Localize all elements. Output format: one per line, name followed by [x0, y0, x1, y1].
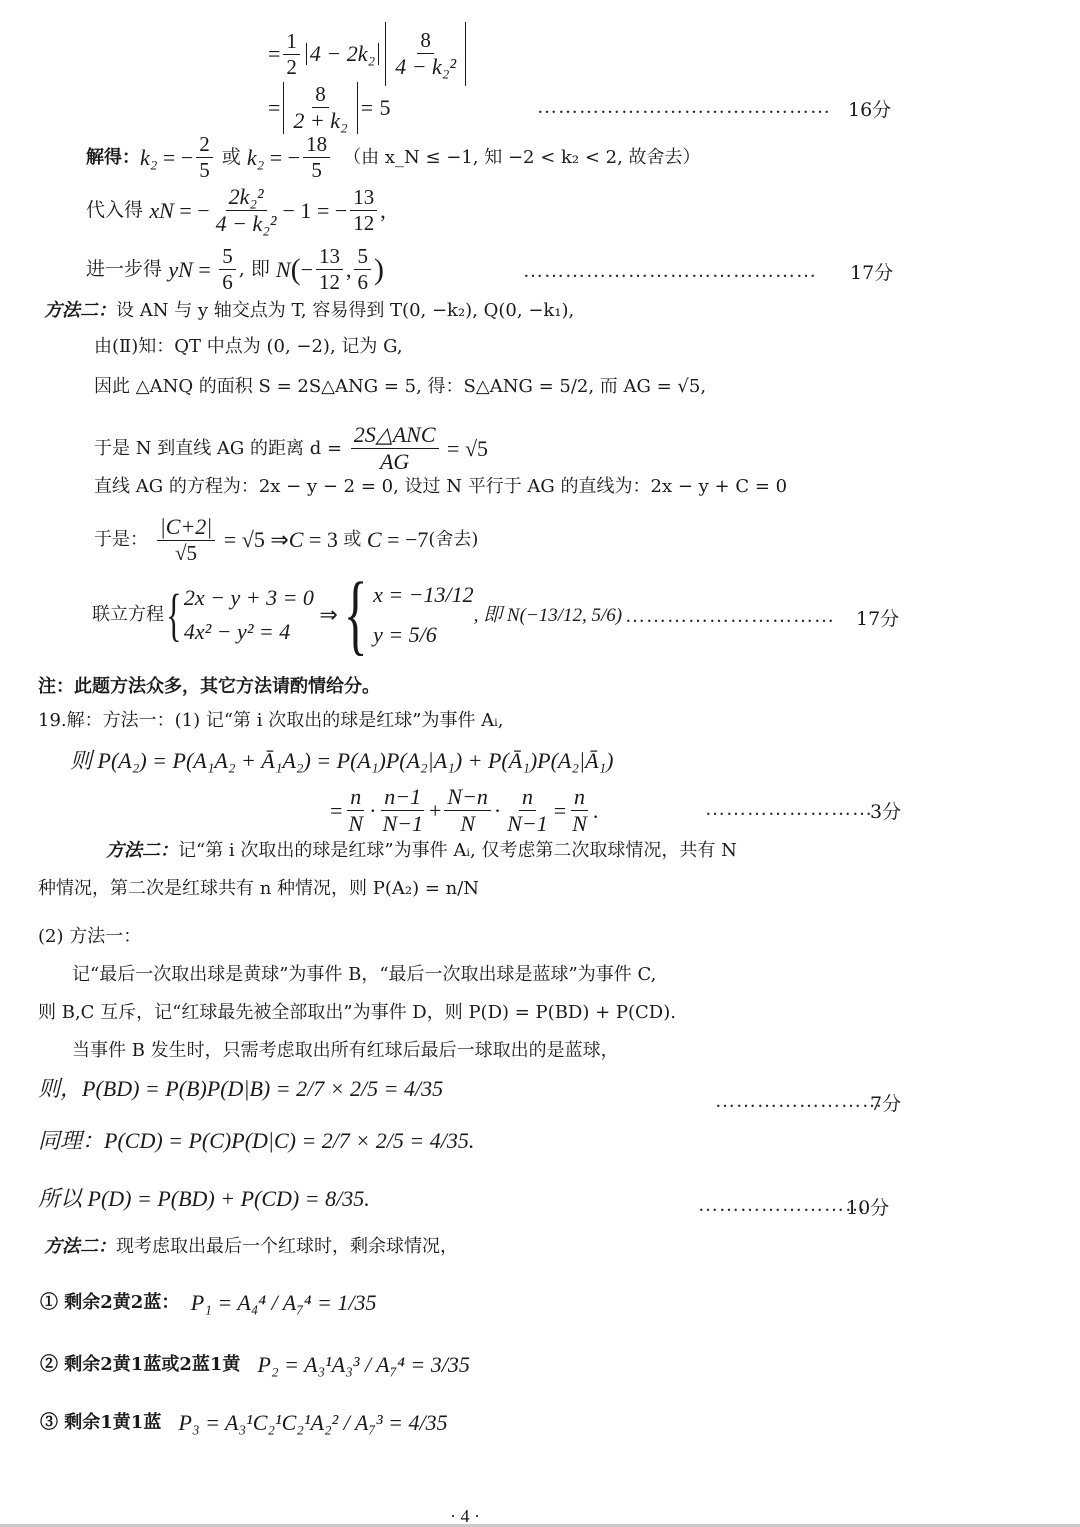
- denominator: N: [569, 811, 590, 835]
- sqrt5: √5: [465, 438, 488, 460]
- method-two-text: 设 AN 与 y 轴交点为 T, 容易得到 T(0, −k₂), Q(0, −k…: [116, 302, 574, 320]
- numerator: 1: [283, 31, 300, 55]
- total-prob-line: 则 P(A₂) = P(A₁A₂ + Ā₁A₂) = P(A₁)P(A₂|A₁)…: [70, 750, 613, 772]
- part2-heading: (2) 方法一：: [38, 928, 141, 946]
- denominator: √5: [172, 541, 200, 564]
- PCD-formula: 同理：P(CD) = P(C)P(D|C) = 2/7 × 2/5 = 4/35…: [38, 1130, 474, 1152]
- event-D-text: 则 B,C 互斥，记“红球最先被全部取出”为事件 D，则 P(D) = P(BD…: [38, 1004, 676, 1022]
- system-result: , 即 N(−13/12, 5/6): [474, 606, 622, 625]
- total-probability-formula: 则 P(A₂) = P(A₁A₂ + Ā₁A₂) = P(A₁)P(A₂|A₁)…: [70, 750, 613, 772]
- method-label: 方法二：: [44, 302, 116, 320]
- midpoint-line: 由(Ⅱ)知：QT 中点为 (0, −2), 记为 G,: [94, 338, 403, 356]
- numerator: N−n: [444, 786, 491, 811]
- PBD-formula: 则，P(BD) = P(B)P(D|B) = 2/7 × 2/5 = 4/35: [38, 1078, 443, 1100]
- score-17: 17分: [856, 604, 899, 631]
- denominator: AG: [377, 449, 412, 473]
- denominator: N: [345, 811, 366, 835]
- fraction-2k2sq-over-4-minus-k2sq: 2k₂²4 − k₂²: [213, 186, 280, 235]
- score-10: 10分: [846, 1193, 889, 1220]
- q19-text: 19.解：方法一：(1) 记“第 i 次取出的球是红球”为事件 Aᵢ,: [38, 712, 504, 730]
- case-2-line: ② 剩余2黄1蓝或2蓝1黄 P₂ = A₃¹A₃³ / A₇⁴ = 3/35: [40, 1354, 470, 1376]
- score-leader-dots: ……………………………………: [523, 260, 817, 283]
- case-3-label: ③ 剩余1黄1蓝: [40, 1414, 161, 1432]
- PCD-line: 同理：P(CD) = P(C)P(D|C) = 2/7 × 2/5 = 4/35…: [38, 1130, 474, 1152]
- further-label: 进一步得: [86, 260, 162, 279]
- solve-label: 解得：: [86, 149, 140, 167]
- denominator: N: [457, 811, 478, 835]
- score-leader-dots: ……………………………………: [537, 96, 831, 119]
- fraction-13-12: 1312: [350, 187, 377, 234]
- denominator: 6: [354, 270, 371, 293]
- fraction-2S-over-AG: 2S△ANCAG: [351, 424, 439, 473]
- event-B-occurs-line: 当事件 B 发生时，只需考虑取出所有红球后最后一球取出的是蓝球，: [72, 1042, 619, 1060]
- equals-sign: =: [268, 43, 280, 65]
- part2-label: (2) 方法一：: [38, 928, 141, 946]
- denominator: 5: [196, 158, 213, 181]
- fraction-13-12: 1312: [316, 246, 343, 293]
- fraction-absC2-over-sqrt5: |C+2|√5: [157, 516, 216, 564]
- distance-line: 于是 N 到直线 AG 的距离 d = 2S△ANCAG = √5: [94, 424, 488, 473]
- event-D-line: 则 B,C 互斥，记“红球最先被全部取出”为事件 D，则 P(D) = P(BD…: [38, 1004, 676, 1022]
- denominator: 4 − k₂²: [213, 211, 280, 235]
- abs-fraction: 82 + k₂: [283, 82, 357, 134]
- fraction-n-N: nN: [345, 786, 366, 835]
- method-label: 方法二：: [44, 1238, 116, 1256]
- solution-y: y = 5/6: [373, 624, 474, 646]
- method-two-intro: 方法二： 设 AN 与 y 轴交点为 T, 容易得到 T(0, −k₂), Q(…: [44, 302, 574, 320]
- method-two-text: 现考虑取出最后一个红球时，剩余球情况，: [116, 1238, 458, 1256]
- denominator: 4 − k₂²: [392, 54, 459, 78]
- system-a: 2x − y + 3 = 0 4x² − y² = 4: [184, 587, 314, 643]
- line-AG-equation: 直线 AG 的方程为：2x − y − 2 = 0, 设过 N 平行于 AG 的…: [94, 478, 787, 496]
- midpoint-text: 由(Ⅱ)知：QT 中点为 (0, −2), 记为 G,: [94, 338, 403, 356]
- line-AG-text: 直线 AG 的方程为：2x − y − 2 = 0, 设过 N 平行于 AG 的…: [94, 478, 787, 496]
- denominator: 5: [308, 158, 325, 181]
- dot: ·: [494, 800, 501, 822]
- var-k2: k₂: [247, 147, 264, 169]
- substitute-label: 代入得: [86, 201, 143, 220]
- score-leader-dots: …………………………: [625, 605, 835, 628]
- area-line: 因此 △ANQ 的面积 S = 2S△ANG = 5, 得：S△ANG = 5/…: [94, 378, 706, 396]
- method-two-continued: 种情况，第二次是红球共有 n 种情况，则 P(A₂) = n/N: [38, 880, 479, 898]
- fraction-8-over-4-minus-k2sq: 84 − k₂²: [392, 30, 459, 78]
- PBD-line: 则，P(BD) = P(B)P(D|B) = 2/7 × 2/5 = 4/35: [38, 1078, 443, 1100]
- value: 5: [379, 97, 390, 119]
- equals-sign: =: [268, 97, 280, 119]
- denominator: 12: [316, 270, 343, 293]
- numerator: 2: [196, 134, 213, 158]
- numerator: 13: [350, 187, 377, 211]
- fraction-5-6: 56: [354, 246, 371, 293]
- numerator: 2k₂²: [226, 186, 267, 211]
- fraction-18-5: 185: [303, 134, 330, 181]
- numerator: |C+2|: [157, 516, 216, 541]
- solution-k2-line: 解得： k₂ = − 25 或 k₂ = − 185 （由 x_N ≤ −1, …: [86, 134, 701, 181]
- area-text: 因此 △ANQ 的面积 S = 2S△ANG = 5, 得：S△ANG = 5/…: [94, 378, 706, 396]
- events-BC-line: 记“最后一次取出球是黄球”为事件 B，“最后一次取出球是蓝球”为事件 C,: [72, 966, 656, 984]
- solution-x: x = −13/12: [373, 584, 474, 606]
- fraction-8-over-2-plus-k2: 82 + k₂: [290, 84, 350, 132]
- equation-line-1: = 12 4 − 2k₂ 84 − k₂²: [268, 22, 469, 86]
- system-b: x = −13/12 y = 5/6: [373, 584, 474, 646]
- score-7: 7分: [870, 1089, 901, 1116]
- case-2-label: ② 剩余2黄1蓝或2蓝1黄: [40, 1356, 240, 1374]
- fraction-n-N: nN: [569, 786, 590, 835]
- numerator: n−1: [381, 786, 424, 811]
- PD-formula: 所以 P(D) = P(BD) + P(CD) = 8/35.: [38, 1188, 370, 1210]
- abs-fraction: 84 − k₂²: [385, 22, 466, 86]
- minus-one: − 1: [283, 200, 312, 222]
- fraction-Nmn-N: N−nN: [444, 786, 491, 835]
- equation-line-2: = 82 + k₂ = 5: [268, 82, 390, 134]
- q19-method-two-cont: 种情况，第二次是红球共有 n 种情况，则 P(A₂) = n/N: [38, 880, 479, 898]
- numerator: 13: [316, 246, 343, 270]
- denominator: N−1: [504, 811, 551, 835]
- part2-method-two: 方法二： 现考虑取出最后一个红球时，剩余球情况，: [44, 1238, 458, 1256]
- denominator: N−1: [379, 811, 426, 835]
- fraction-nm1-Nm1: n−1N−1: [379, 786, 426, 835]
- note-text: 注：此题方法众多，其它方法请酌情给分。: [38, 678, 380, 696]
- equals-sign: =: [361, 97, 373, 119]
- case-2-formula: P₂ = A₃¹A₃³ / A₇⁴ = 3/35: [258, 1354, 470, 1376]
- equation-1: 2x − y + 3 = 0: [184, 587, 314, 609]
- numerator: 8: [417, 30, 434, 54]
- solve-C-line: 于是： |C+2|√5 = √5 ⇒ C = 3 或 C = −7(舍去): [94, 516, 478, 564]
- yN-line: 进一步得 yN = 56 , 即 N(− 1312, 56): [86, 246, 384, 293]
- discard-note: （由 x_N ≤ −1, 知 −2 < k₂ < 2, 故舍去）: [343, 149, 700, 167]
- score-leader-dots: ……………………: [705, 798, 873, 821]
- score-leader-dots: ……………………: [698, 1194, 866, 1217]
- dot: ·: [369, 800, 376, 822]
- var-y: y: [168, 259, 178, 281]
- PD-line: 所以 P(D) = P(BD) + P(CD) = 8/35.: [38, 1188, 370, 1210]
- numerator: 5: [219, 246, 236, 270]
- q19-intro: 19.解：方法一：(1) 记“第 i 次取出的球是红球”为事件 Aᵢ,: [38, 712, 504, 730]
- numerator: n: [347, 786, 364, 811]
- method-label: 方法二：: [106, 842, 178, 860]
- score-16: 16分: [848, 95, 891, 122]
- fraction-one-half: 12: [283, 31, 300, 78]
- denominator: 2 + k₂: [290, 108, 350, 132]
- case-1-label: ① 剩余2黄2蓝：: [40, 1294, 179, 1312]
- case-1-line: ① 剩余2黄2蓝： P₁ = A₄⁴ / A₇⁴ = 1/35: [40, 1292, 376, 1314]
- var-k2: k₂: [140, 147, 157, 169]
- system-line: 联立方程 { 2x − y + 3 = 0 4x² − y² = 4 ⇒ { x…: [92, 570, 622, 660]
- fraction-5-6: 56: [219, 246, 236, 293]
- event-B-text: 当事件 B 发生时，只需考虑取出所有红球后最后一球取出的是蓝球，: [72, 1042, 619, 1060]
- case-1-formula: P₁ = A₄⁴ / A₇⁴ = 1/35: [191, 1292, 377, 1314]
- var-x: x: [149, 200, 159, 222]
- case-3-line: ③ 剩余1黄1蓝 P₃ = A₃¹C₂¹C₂¹A₂² / A₇³ = 4/35: [40, 1412, 448, 1434]
- equation-2: 4x² − y² = 4: [184, 621, 314, 643]
- score-3: 3分: [870, 797, 901, 824]
- events-BC-text: 记“最后一次取出球是黄球”为事件 B，“最后一次取出球是蓝球”为事件 C,: [72, 966, 656, 984]
- denominator: 2: [283, 55, 300, 78]
- score-leader-dots: ……………………: [715, 1090, 883, 1113]
- left-brace: {: [344, 570, 368, 660]
- note-line: 注：此题方法众多，其它方法请酌情给分。: [38, 678, 380, 696]
- substitute-xN-line: 代入得 xN = − 2k₂²4 − k₂² − 1 = − 1312,: [86, 186, 386, 235]
- numerator: 8: [312, 84, 329, 108]
- numerator: 18: [303, 134, 330, 158]
- denominator: 6: [219, 270, 236, 293]
- point-N: N: [276, 259, 291, 281]
- q19-method-two: 方法二： 记“第 i 次取出的球是红球”为事件 Aᵢ, 仅考虑第二次取球情况，共…: [106, 842, 737, 860]
- numerator: 2S△ANC: [351, 424, 439, 449]
- fraction-n-Nm1: nN−1: [504, 786, 551, 835]
- left-brace: {: [166, 586, 181, 644]
- system-label: 联立方程: [92, 606, 164, 624]
- total-prob-result: = nN · n−1N−1 + N−nN · nN−1 = nN.: [330, 786, 598, 835]
- numerator: n: [571, 786, 588, 811]
- method-two-text: 记“第 i 次取出的球是红球”为事件 Aᵢ, 仅考虑第二次取球情况，共有 N: [178, 842, 737, 860]
- case-3-formula: P₃ = A₃¹C₂¹C₂¹A₂² / A₇³ = 4/35: [179, 1412, 448, 1434]
- abs-4-minus-2k2: 4 − 2k₂: [306, 43, 379, 65]
- numerator: n: [519, 786, 536, 811]
- score-17: 17分: [850, 258, 893, 285]
- denominator: 12: [350, 211, 377, 234]
- fraction-2-5: 25: [196, 134, 213, 181]
- numerator: 5: [354, 246, 371, 270]
